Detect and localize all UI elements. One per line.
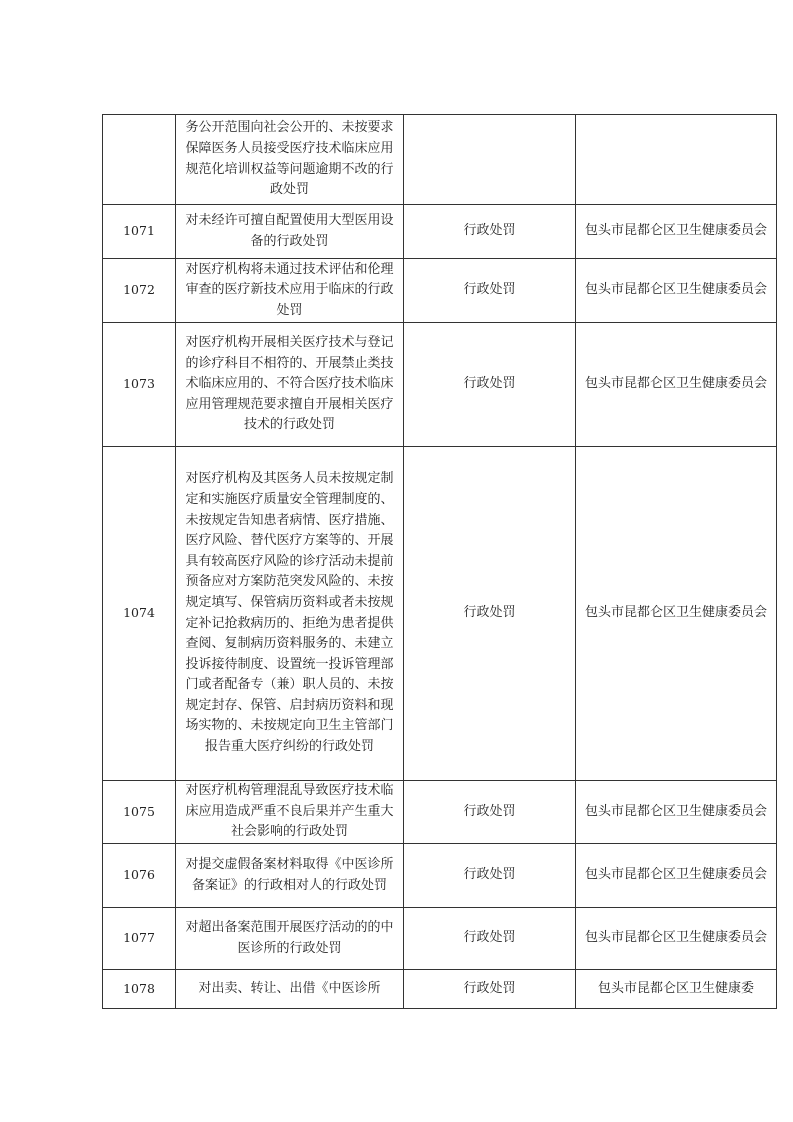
table-row: 1073对医疗机构开展相关医疗技术与登记的诊疗科目不相符的、开展禁止类技术临床应… xyxy=(103,323,777,447)
department-cell: 包头市昆都仑区卫生健康委员会 xyxy=(576,447,777,781)
power-type-cell: 行政处罚 xyxy=(404,323,576,447)
item-description-cell: 对医疗机构管理混乱导致医疗技术临床应用造成严重不良后果并产生重大社会影响的行政处… xyxy=(176,781,404,844)
department-cell: 包头市昆都仑区卫生健康委员会 xyxy=(576,259,777,323)
item-number-cell: 1074 xyxy=(103,447,176,781)
item-number-cell: 1076 xyxy=(103,844,176,908)
item-number-cell: 1078 xyxy=(103,970,176,1009)
department-cell: 包头市昆都仑区卫生健康委员会 xyxy=(576,323,777,447)
table-row: 1076对提交虚假备案材料取得《中医诊所备案证》的行政相对人的行政处罚行政处罚包… xyxy=(103,844,777,908)
power-type-cell: 行政处罚 xyxy=(404,205,576,259)
power-type-cell: 行政处罚 xyxy=(404,259,576,323)
item-description-cell: 对医疗机构将未通过技术评估和伦理审查的医疗新技术应用于临床的行政处罚 xyxy=(176,259,404,323)
item-description-cell: 对医疗机构及其医务人员未按规定制定和实施医疗质量安全管理制度的、未按规定告知患者… xyxy=(176,447,404,781)
item-description-cell: 对未经许可擅自配置使用大型医用设备的行政处罚 xyxy=(176,205,404,259)
power-type-cell: 行政处罚 xyxy=(404,908,576,970)
power-type-cell: 行政处罚 xyxy=(404,781,576,844)
power-type-cell: 行政处罚 xyxy=(404,844,576,908)
item-number-cell: 1077 xyxy=(103,908,176,970)
table-row: 1077对超出备案范围开展医疗活动的的中医诊所的行政处罚行政处罚包头市昆都仑区卫… xyxy=(103,908,777,970)
table-row: 务公开范围向社会公开的、未按要求保障医务人员接受医疗技术临床应用规范化培训权益等… xyxy=(103,115,777,205)
table-row: 1074对医疗机构及其医务人员未按规定制定和实施医疗质量安全管理制度的、未按规定… xyxy=(103,447,777,781)
table-row: 1072对医疗机构将未通过技术评估和伦理审查的医疗新技术应用于临床的行政处罚行政… xyxy=(103,259,777,323)
power-type-cell xyxy=(404,115,576,205)
department-cell: 包头市昆都仑区卫生健康委 xyxy=(576,970,777,1009)
item-description-cell: 务公开范围向社会公开的、未按要求保障医务人员接受医疗技术临床应用规范化培训权益等… xyxy=(176,115,404,205)
department-cell: 包头市昆都仑区卫生健康委员会 xyxy=(576,844,777,908)
department-cell: 包头市昆都仑区卫生健康委员会 xyxy=(576,205,777,259)
table-row: 1071对未经许可擅自配置使用大型医用设备的行政处罚行政处罚包头市昆都仑区卫生健… xyxy=(103,205,777,259)
power-type-cell: 行政处罚 xyxy=(404,447,576,781)
item-description-cell: 对出卖、转让、出借《中医诊所 xyxy=(176,970,404,1009)
item-number-cell xyxy=(103,115,176,205)
item-number-cell: 1072 xyxy=(103,259,176,323)
item-number-cell: 1073 xyxy=(103,323,176,447)
item-number-cell: 1071 xyxy=(103,205,176,259)
department-cell: 包头市昆都仑区卫生健康委员会 xyxy=(576,781,777,844)
department-cell: 包头市昆都仑区卫生健康委员会 xyxy=(576,908,777,970)
item-description-cell: 对提交虚假备案材料取得《中医诊所备案证》的行政相对人的行政处罚 xyxy=(176,844,404,908)
department-cell xyxy=(576,115,777,205)
item-number-cell: 1075 xyxy=(103,781,176,844)
table-row: 1078对出卖、转让、出借《中医诊所行政处罚包头市昆都仑区卫生健康委 xyxy=(103,970,777,1009)
item-description-cell: 对超出备案范围开展医疗活动的的中医诊所的行政处罚 xyxy=(176,908,404,970)
item-description-cell: 对医疗机构开展相关医疗技术与登记的诊疗科目不相符的、开展禁止类技术临床应用的、不… xyxy=(176,323,404,447)
power-type-cell: 行政处罚 xyxy=(404,970,576,1009)
authority-list-table: 务公开范围向社会公开的、未按要求保障医务人员接受医疗技术临床应用规范化培训权益等… xyxy=(102,114,777,1009)
table-row: 1075对医疗机构管理混乱导致医疗技术临床应用造成严重不良后果并产生重大社会影响… xyxy=(103,781,777,844)
